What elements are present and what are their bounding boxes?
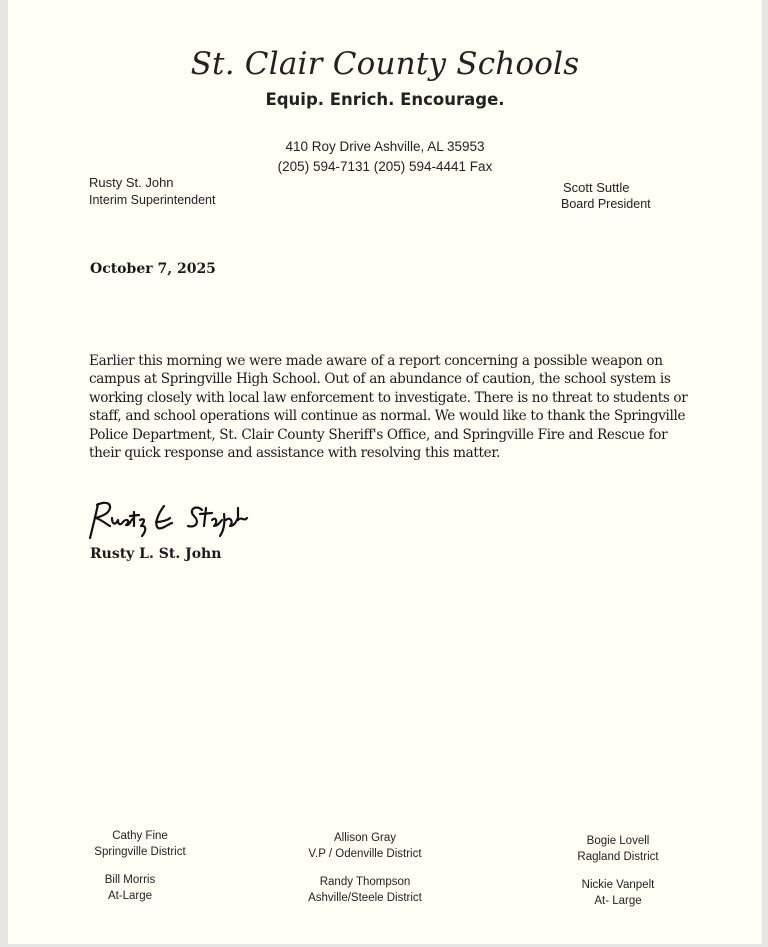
board-member: Bogie Lovell Ragland District — [548, 833, 688, 865]
board-member-name: Bill Morris — [60, 872, 200, 888]
board-member-name: Randy Thompson — [280, 874, 450, 890]
board-member: Nickie Vanpelt At- Large — [548, 877, 688, 909]
board-member-district: At- Large — [548, 893, 688, 909]
board-member-district: Springville District — [70, 844, 210, 860]
superintendent-title: Interim Superintendent — [89, 193, 215, 207]
board-member-district: At-Large — [60, 888, 200, 904]
letter-page: St. Clair County Schools Equip. Enrich. … — [8, 0, 762, 944]
letter-body: Earlier this morning we were made aware … — [89, 352, 689, 462]
organization-logo-text: St. Clair County Schools — [8, 46, 762, 82]
board-member-name: Cathy Fine — [70, 828, 210, 844]
phone-fax: (205) 594-7131 (205) 594-4441 Fax — [8, 159, 762, 174]
board-member-name: Nickie Vanpelt — [548, 877, 688, 893]
signer-name: Rusty L. St. John — [90, 546, 221, 562]
board-member: Allison Gray V.P / Odenville District — [280, 830, 450, 862]
signature-icon — [84, 496, 254, 547]
board-member-district: V.P / Odenville District — [280, 846, 450, 862]
board-member: Bill Morris At-Large — [60, 872, 200, 904]
board-member-name: Bogie Lovell — [548, 833, 688, 849]
superintendent-name: Rusty St. John — [89, 175, 174, 190]
board-member-district: Ashville/Steele District — [280, 890, 450, 906]
board-member-district: Ragland District — [548, 849, 688, 865]
board-president-title: Board President — [561, 197, 651, 211]
address: 410 Roy Drive Ashville, AL 35953 — [8, 139, 762, 154]
letter-date: October 7, 2025 — [90, 261, 216, 277]
board-president-name: Scott Suttle — [563, 180, 629, 195]
board-member: Cathy Fine Springville District — [70, 828, 210, 860]
board-member: Randy Thompson Ashville/Steele District — [280, 874, 450, 906]
tagline: Equip. Enrich. Encourage. — [8, 90, 762, 109]
board-member-name: Allison Gray — [280, 830, 450, 846]
